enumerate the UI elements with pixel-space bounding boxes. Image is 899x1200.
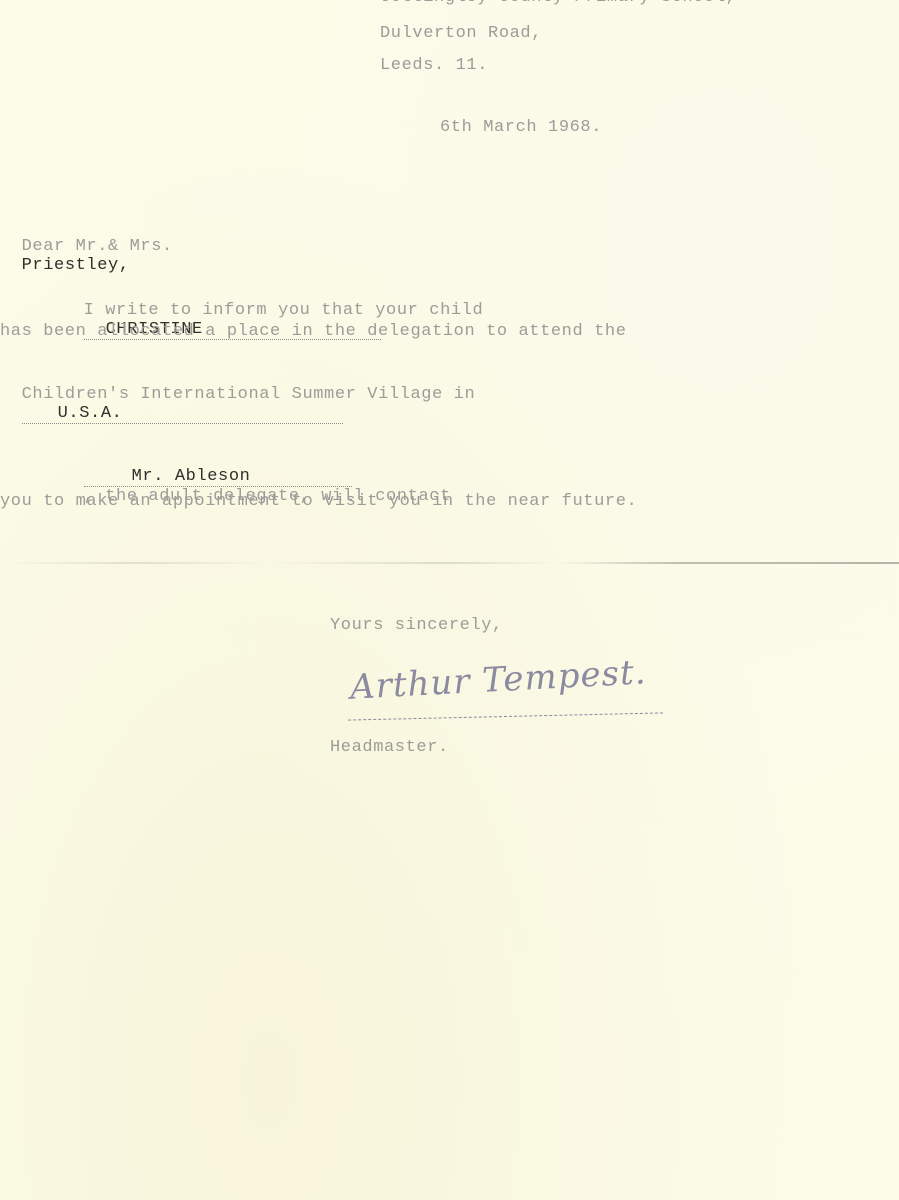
salutation-surname: Priestley, — [22, 256, 130, 275]
delegate-name: Mr. Ableson — [132, 467, 251, 486]
country-field: U.S.A. — [22, 404, 343, 424]
paragraph-1-line-2: has been allocated a place in the delega… — [0, 322, 627, 341]
paragraph-1-line-3-text: Children's International Summer Village … — [22, 385, 476, 404]
road-address-line: Dulverton Road, — [380, 24, 542, 43]
signatory-title: Headmaster. — [330, 738, 449, 757]
salutation-prefix: Dear Mr.& Mrs. — [22, 237, 173, 256]
paragraph-1-text: I write to inform you that your child — [84, 301, 484, 320]
letter-paper — [0, 0, 899, 1200]
delegate-name-field: Mr. Ableson — [84, 467, 352, 487]
school-address-line: Cottingley County Primary School, — [380, 0, 736, 7]
city-address-line: Leeds. 11. — [380, 56, 488, 75]
letter-date: 6th March 1968. — [440, 118, 602, 137]
paragraph-2-line-2: you to make an appointment to visit you … — [0, 492, 637, 511]
paper-fold-line — [0, 562, 899, 564]
closing: Yours sincerely, — [330, 616, 503, 635]
salutation: Dear Mr.& Mrs. Priestley, — [0, 218, 173, 275]
country: U.S.A. — [58, 404, 123, 423]
paragraph-1-line-3: Children's International Summer Village … — [0, 366, 475, 424]
